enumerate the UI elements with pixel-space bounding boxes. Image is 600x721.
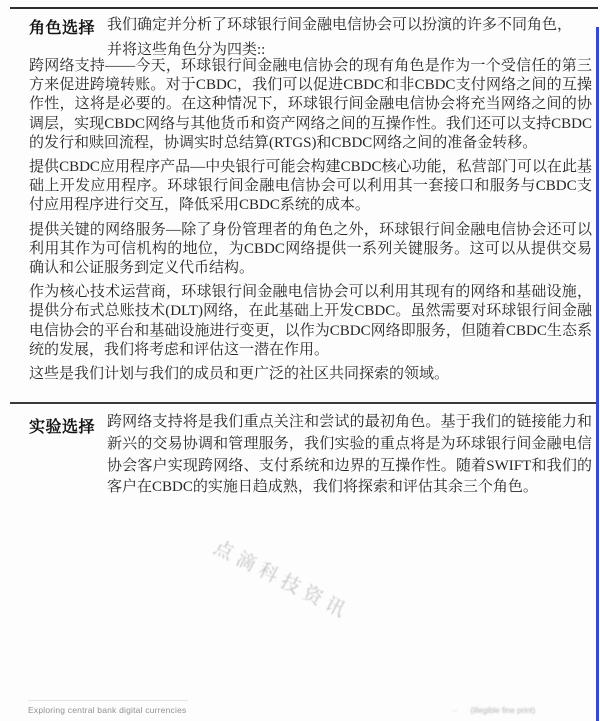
paragraph-key-network-services: 提供关键的网络服务—除了身份管理者的角色之外，环球银行间金融电信协会还可以利用其…	[29, 221, 592, 279]
section-role-selection: 角色选择 我们确定并分析了环球银行间金融电信协会可以扮演的许多不同角色， 并将这…	[29, 13, 592, 62]
diagonal-watermark: 点滴科技资讯	[210, 532, 356, 624]
footer-right-mark: ··	[452, 706, 457, 715]
footer-right-area: ·· (illegible fine print)	[452, 706, 598, 715]
paragraph-cbdc-application-products: 提供CBDC应用程序产品—中央银行可能会构建CBDC核心功能，私营部门可以在此基…	[29, 158, 592, 216]
role-selection-intro: 我们确定并分析了环球银行间金融电信协会可以扮演的许多不同角色， 并将这些角色分为…	[107, 13, 592, 62]
paragraph-community-exploration: 这些是我们计划与我们的成员和更广泛的社区共同探索的领域。	[29, 365, 592, 384]
experiment-selection-text: 跨网络支持将是我们重点关注和尝试的最初角色。基于我们的链接能力和新兴的交易协调和…	[107, 412, 592, 499]
paragraph-cross-network-support: 跨网络支持——今天，环球银行间金融电信协会的现有角色是作为一个受信任的第三方来促…	[29, 57, 592, 153]
paragraph-core-technology-operator: 作为核心技术运营商，环球银行间金融电信协会可以利用其现有的网络和基础设施，提供分…	[29, 283, 592, 360]
section-divider-line	[10, 402, 598, 404]
document-page: 角色选择 我们确定并分析了环球银行间金融电信协会可以扮演的许多不同角色， 并将这…	[0, 0, 600, 721]
section-experiment-selection: 实验选择 跨网络支持将是我们重点关注和尝试的最初角色。基于我们的链接能力和新兴的…	[29, 412, 592, 499]
footer-faint-rule	[28, 700, 188, 701]
footer-right-illegible-text: (illegible fine print)	[470, 706, 535, 715]
top-divider-line	[10, 7, 598, 9]
section-heading-experiment-selection: 实验选择	[29, 412, 107, 437]
section-heading-role-selection: 角色选择	[29, 13, 107, 38]
role-selection-paragraphs: 跨网络支持——今天，环球银行间金融电信协会的现有角色是作为一个受信任的第三方来促…	[29, 57, 592, 389]
right-edge-blue-line	[596, 27, 599, 721]
footer-document-title: Exploring central bank digital currencie…	[28, 705, 186, 715]
